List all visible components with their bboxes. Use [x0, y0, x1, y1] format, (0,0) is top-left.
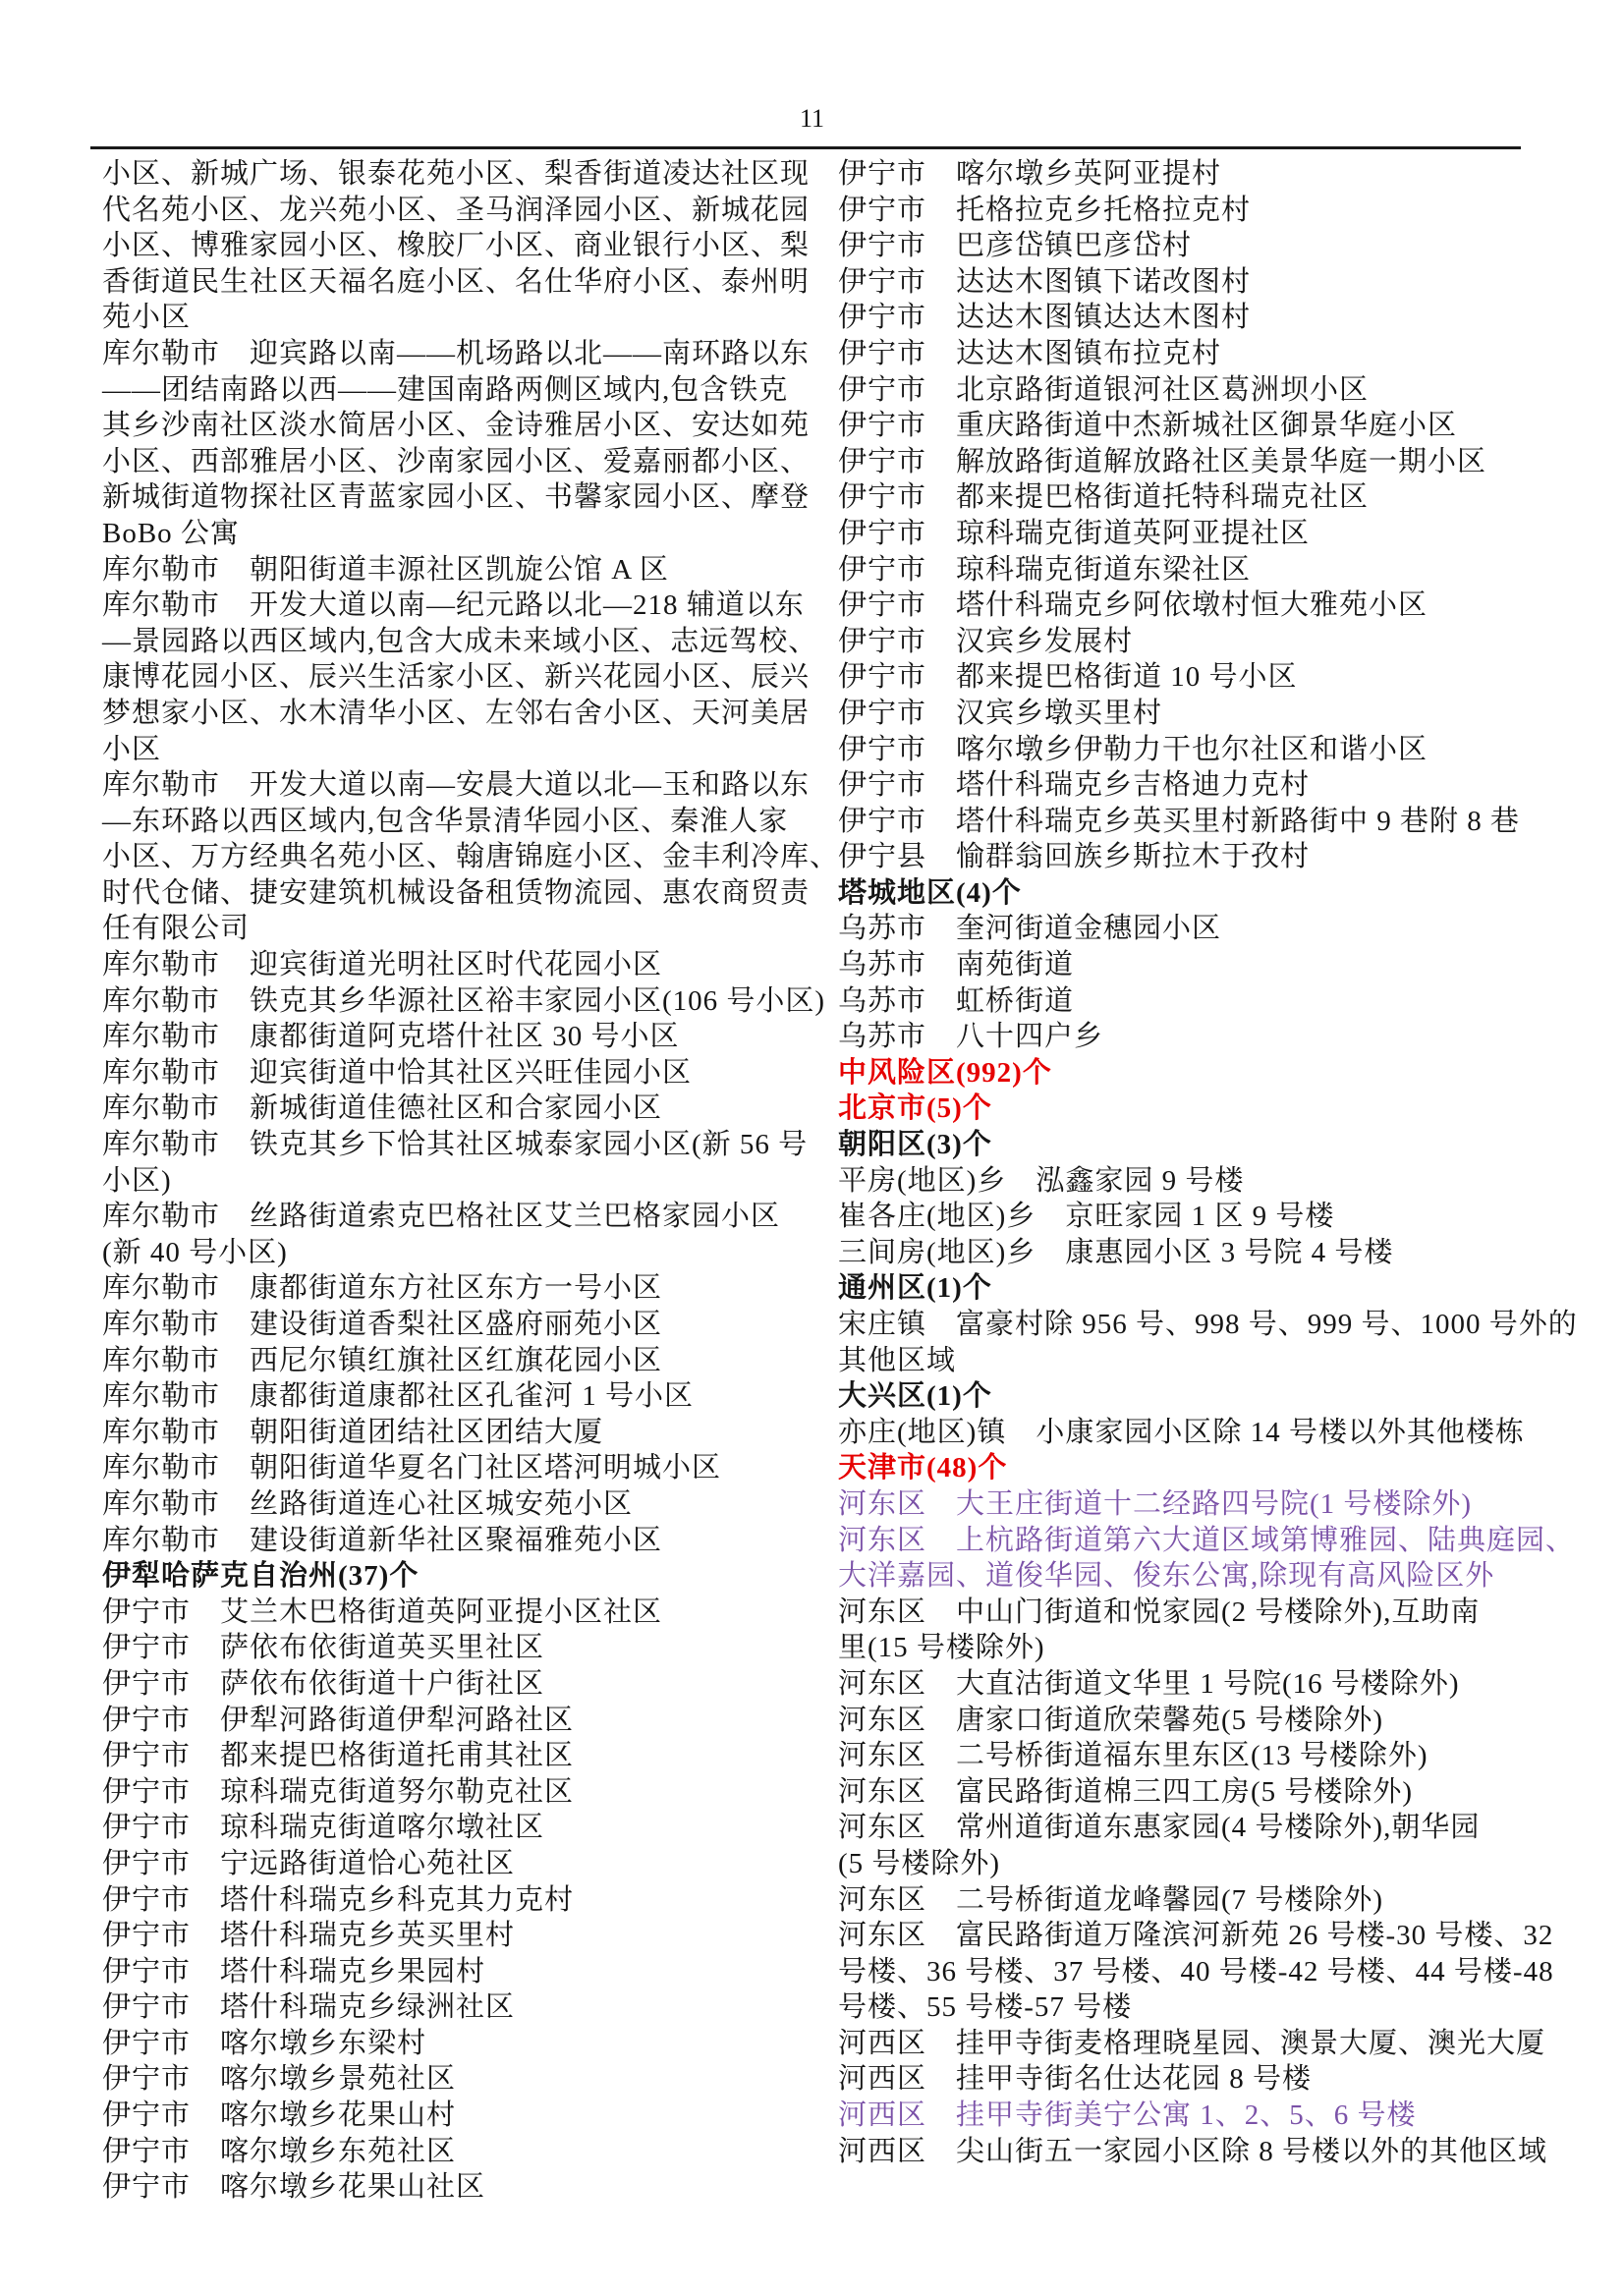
text-line: 苑小区	[102, 300, 802, 336]
text-line: 河西区 尖山街五一家园小区除 8 号楼以外的其他区域	[838, 2134, 1538, 2170]
text-line: 伊宁县 愉群翁回族乡斯拉木于孜村	[838, 839, 1538, 875]
text-line: 大洋嘉园、道俊华园、俊东公寓,除现有高风险区外	[838, 1558, 1538, 1595]
text-line: 伊宁市 达达木图镇达达木图村	[838, 300, 1538, 336]
text-line: 河西区 挂甲寺街美宁公寓 1、2、5、6 号楼	[838, 2098, 1538, 2134]
text-line: 伊宁市 达达木图镇布拉克村	[838, 336, 1538, 372]
text-line: 伊宁市 北京路街道银河社区葛洲坝小区	[838, 372, 1538, 409]
text-line: 库尔勒市 康都街道东方社区东方一号小区	[102, 1270, 802, 1307]
text-line: 伊宁市 喀尔墩乡花果山社区	[102, 2169, 802, 2206]
text-line: 宋庄镇 富豪村除 956 号、998 号、999 号、1000 号外的	[838, 1307, 1538, 1343]
text-line: 伊宁市 巴彦岱镇巴彦岱村	[838, 228, 1538, 264]
text-line: 库尔勒市 开发大道以南—纪元路以北—218 辅道以东	[102, 588, 802, 624]
text-line: 伊宁市 塔什科瑞克乡英买里村	[102, 1918, 802, 1954]
text-line: —景园路以西区域内,包含大成未来域小区、志远驾校、	[102, 624, 802, 660]
text-line: 河东区 二号桥街道福东里东区(13 号楼除外)	[838, 1738, 1538, 1774]
text-line: 库尔勒市 康都街道康都社区孔雀河 1 号小区	[102, 1378, 802, 1415]
text-line: 河东区 大直沽街道文华里 1 号院(16 号楼除外)	[838, 1666, 1538, 1703]
text-line: 香街道民生社区天福名庭小区、名仕华府小区、泰州明	[102, 264, 802, 301]
text-line: (新 40 号小区)	[102, 1235, 802, 1271]
text-line: 河东区 唐家口街道欣荣馨苑(5 号楼除外)	[838, 1703, 1538, 1739]
text-line: 号楼、55 号楼-57 号楼	[838, 1989, 1538, 2026]
text-line: 伊宁市 萨依布依街道英买里社区	[102, 1630, 802, 1666]
text-line: 崔各庄(地区)乡 京旺家园 1 区 9 号楼	[838, 1199, 1538, 1235]
text-line: 乌苏市 虹桥街道	[838, 983, 1538, 1020]
text-line: 任有限公司	[102, 911, 802, 947]
text-line: 伊宁市 塔什科瑞克乡绿洲社区	[102, 1989, 802, 2026]
text-line: 康博花园小区、辰兴生活家小区、新兴花园小区、辰兴	[102, 659, 802, 696]
text-line: 伊宁市 都来提巴格街道托特科瑞克社区	[838, 479, 1538, 516]
header-rule	[90, 146, 1521, 149]
text-line: 代名苑小区、龙兴苑小区、圣马润泽园小区、新城花园	[102, 193, 802, 229]
text-line: 库尔勒市 朝阳街道华夏名门社区塔河明城小区	[102, 1450, 802, 1486]
text-line: 伊宁市 汉宾乡墩买里村	[838, 696, 1538, 732]
text-line: 小区、万方经典名苑小区、翰唐锦庭小区、金丰利冷库、	[102, 839, 802, 875]
text-line: 河西区 挂甲寺街麦格理晓星园、澳景大厦、澳光大厦	[838, 2026, 1538, 2062]
text-line: 伊犁哈萨克自治州(37)个	[102, 1558, 802, 1595]
text-line: 天津市(48)个	[838, 1450, 1538, 1486]
text-line: 河西区 挂甲寺街名仕达花园 8 号楼	[838, 2061, 1538, 2098]
text-line: 伊宁市 喀尔墩乡东苑社区	[102, 2134, 802, 2170]
text-line: 伊宁市 重庆路街道中杰新城社区御景华庭小区	[838, 408, 1538, 444]
text-line: 伊宁市 宁远路街道恰心苑社区	[102, 1846, 802, 1882]
text-line: 库尔勒市 西尼尔镇红旗社区红旗花园小区	[102, 1343, 802, 1379]
text-line: 小区、西部雅居小区、沙南家园小区、爱嘉丽都小区、	[102, 444, 802, 480]
text-line: 库尔勒市 建设街道新华社区聚福雅苑小区	[102, 1523, 802, 1559]
text-line: 河东区 二号桥街道龙峰馨园(7 号楼除外)	[838, 1882, 1538, 1919]
text-line: 河东区 中山门街道和悦家园(2 号楼除外),互助南	[838, 1595, 1538, 1631]
text-line: 伊宁市 喀尔墩乡景苑社区	[102, 2061, 802, 2098]
text-line: (5 号楼除外)	[838, 1846, 1538, 1882]
text-line: 伊宁市 琼科瑞克街道英阿亚提社区	[838, 516, 1538, 552]
text-line: 伊宁市 萨依布依街道十户街社区	[102, 1666, 802, 1703]
text-line: 塔城地区(4)个	[838, 875, 1538, 912]
text-line: 库尔勒市 开发大道以南—安晨大道以北—玉和路以东	[102, 767, 802, 804]
text-line: 其乡沙南社区淡水简居小区、金诗雅居小区、安达如苑	[102, 408, 802, 444]
page-number: 11	[0, 104, 1624, 134]
text-line: 时代仓储、捷安建筑机械设备租赁物流园、惠农商贸责	[102, 875, 802, 912]
text-line: 伊宁市 汉宾乡发展村	[838, 624, 1538, 660]
text-line: 伊宁市 喀尔墩乡伊勒力干也尔社区和谐小区	[838, 732, 1538, 768]
text-line: 库尔勒市 铁克其乡华源社区裕丰家园小区(106 号小区)	[102, 983, 802, 1020]
text-line: 平房(地区)乡 泓鑫家园 9 号楼	[838, 1163, 1538, 1200]
text-line: 库尔勒市 康都街道阿克塔什社区 30 号小区	[102, 1019, 802, 1055]
text-line: 伊宁市 达达木图镇下诺改图村	[838, 264, 1538, 301]
text-line: 库尔勒市 丝路街道连心社区城安苑小区	[102, 1486, 802, 1523]
text-line: 库尔勒市 新城街道佳德社区和合家园小区	[102, 1091, 802, 1127]
text-line: 小区、新城广场、银泰花苑小区、梨香街道凌达社区现	[102, 156, 802, 193]
text-line: 伊宁市 琼科瑞克街道东梁社区	[838, 552, 1538, 588]
text-line: 库尔勒市 建设街道香梨社区盛府丽苑小区	[102, 1307, 802, 1343]
text-line: 伊宁市 解放路街道解放路社区美景华庭一期小区	[838, 444, 1538, 480]
text-line: 库尔勒市 迎宾街道光明社区时代花园小区	[102, 947, 802, 983]
text-line: 里(15 号楼除外)	[838, 1630, 1538, 1666]
text-line: 伊宁市 喀尔墩乡英阿亚提村	[838, 156, 1538, 193]
text-line: 库尔勒市 迎宾路以南——机场路以北——南环路以东	[102, 336, 802, 372]
text-line: 河东区 大王庄街道十二经路四号院(1 号楼除外)	[838, 1486, 1538, 1523]
text-line: 伊宁市 伊犁河路街道伊犁河路社区	[102, 1703, 802, 1739]
text-line: 河东区 常州道街道东惠家园(4 号楼除外),朝华园	[838, 1810, 1538, 1846]
text-line: 三间房(地区)乡 康惠园小区 3 号院 4 号楼	[838, 1235, 1538, 1271]
text-line: 河东区 富民路街道万隆滨河新苑 26 号楼-30 号楼、32	[838, 1918, 1538, 1954]
text-line: 库尔勒市 朝阳街道丰源社区凯旋公馆 A 区	[102, 552, 802, 588]
text-line: 库尔勒市 铁克其乡下恰其社区城泰家园小区(新 56 号	[102, 1127, 802, 1163]
text-line: 伊宁市 都来提巴格街道托甫其社区	[102, 1738, 802, 1774]
text-line: 库尔勒市 朝阳街道团结社区团结大厦	[102, 1415, 802, 1451]
text-line: 伊宁市 塔什科瑞克乡科克其力克村	[102, 1882, 802, 1919]
text-line: 小区	[102, 732, 802, 768]
text-line: —东环路以西区域内,包含华景清华园小区、秦淮人家	[102, 804, 802, 840]
text-line: 库尔勒市 迎宾街道中恰其社区兴旺佳园小区	[102, 1055, 802, 1092]
text-line: 伊宁市 琼科瑞克街道努尔勒克社区	[102, 1774, 802, 1811]
text-line: 伊宁市 喀尔墩乡东梁村	[102, 2026, 802, 2062]
text-line: 北京市(5)个	[838, 1091, 1538, 1127]
text-line: BoBo 公寓	[102, 516, 802, 552]
text-line: 伊宁市 琼科瑞克街道喀尔墩社区	[102, 1810, 802, 1846]
text-column-right: 伊宁市 喀尔墩乡英阿亚提村伊宁市 托格拉克乡托格拉克村伊宁市 巴彦岱镇巴彦岱村伊…	[838, 156, 1538, 2169]
text-line: 朝阳区(3)个	[838, 1127, 1538, 1163]
text-line: 伊宁市 塔什科瑞克乡果园村	[102, 1954, 802, 1990]
text-line: 河东区 上杭路街道第六大道区域第博雅园、陆典庭园、	[838, 1523, 1538, 1559]
text-line: 其他区域	[838, 1343, 1538, 1379]
text-column-left: 小区、新城广场、银泰花苑小区、梨香街道凌达社区现代名苑小区、龙兴苑小区、圣马润泽…	[102, 156, 802, 2206]
text-line: 大兴区(1)个	[838, 1378, 1538, 1415]
text-line: ——团结南路以西——建国南路两侧区域内,包含铁克	[102, 372, 802, 409]
text-line: 梦想家小区、水木清华小区、左邻右舍小区、天河美居	[102, 696, 802, 732]
text-line: 伊宁市 艾兰木巴格街道英阿亚提小区社区	[102, 1595, 802, 1631]
text-line: 库尔勒市 丝路街道索克巴格社区艾兰巴格家园小区	[102, 1199, 802, 1235]
text-line: 小区)	[102, 1163, 802, 1200]
text-line: 乌苏市 八十四户乡	[838, 1019, 1538, 1055]
text-line: 乌苏市 南苑街道	[838, 947, 1538, 983]
document-page: 11 小区、新城广场、银泰花苑小区、梨香街道凌达社区现代名苑小区、龙兴苑小区、圣…	[0, 0, 1624, 2295]
text-line: 通州区(1)个	[838, 1270, 1538, 1307]
text-line: 伊宁市 都来提巴格街道 10 号小区	[838, 659, 1538, 696]
text-line: 伊宁市 塔什科瑞克乡吉格迪力克村	[838, 767, 1538, 804]
text-line: 河东区 富民路街道棉三四工房(5 号楼除外)	[838, 1774, 1538, 1811]
text-line: 伊宁市 塔什科瑞克乡英买里村新路街中 9 巷附 8 巷	[838, 804, 1538, 840]
text-line: 号楼、36 号楼、37 号楼、40 号楼-42 号楼、44 号楼-48	[838, 1954, 1538, 1990]
text-line: 新城街道物探社区青蓝家园小区、书馨家园小区、摩登	[102, 479, 802, 516]
text-line: 中风险区(992)个	[838, 1055, 1538, 1092]
text-line: 伊宁市 托格拉克乡托格拉克村	[838, 193, 1538, 229]
text-line: 亦庄(地区)镇 小康家园小区除 14 号楼以外其他楼栋	[838, 1415, 1538, 1451]
text-line: 小区、博雅家园小区、橡胶厂小区、商业银行小区、梨	[102, 228, 802, 264]
text-line: 乌苏市 奎河街道金穗园小区	[838, 911, 1538, 947]
text-line: 伊宁市 喀尔墩乡花果山村	[102, 2098, 802, 2134]
text-line: 伊宁市 塔什科瑞克乡阿依墩村恒大雅苑小区	[838, 588, 1538, 624]
